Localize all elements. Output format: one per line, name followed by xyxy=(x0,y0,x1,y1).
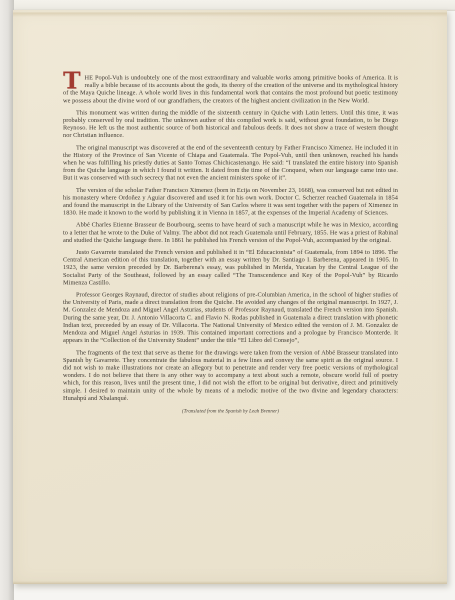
paper-bottom-edge xyxy=(13,581,447,584)
paragraph-gavarrete: Justo Gavarrete translated the French ve… xyxy=(63,249,398,287)
photographed-book-page: THE Popol-Vuh is undoubtely one of the m… xyxy=(0,0,455,600)
paragraph-manuscript-discovery: The original manuscript was discovered a… xyxy=(63,144,398,182)
paragraph-fragments: The fragments of the text that serve as … xyxy=(63,349,398,402)
paragraph-intro-text: HE Popol-Vuh is undoubtely one of the mo… xyxy=(63,74,398,104)
paragraph-monument: This monument was written during the mid… xyxy=(63,109,398,139)
paragraph-brasseur: Abbé Charles Etienne Brasseur de Bourbou… xyxy=(63,221,398,244)
paper-top-crease xyxy=(13,13,447,18)
drop-cap-letter: T xyxy=(63,72,81,89)
backdrop-left-gutter xyxy=(0,0,14,600)
paragraph-intro: THE Popol-Vuh is undoubtely one of the m… xyxy=(63,74,398,104)
paragraph-ximenez-version: The version of the scholar Father Franci… xyxy=(63,186,398,216)
text-block: THE Popol-Vuh is undoubtely one of the m… xyxy=(63,74,398,414)
paragraph-raynaud: Professor Georges Raynaud, director of s… xyxy=(63,291,398,344)
paper-sheet: THE Popol-Vuh is undoubtely one of the m… xyxy=(13,10,447,584)
translation-credit-line: (Translated from the Spanish by Leah Bre… xyxy=(63,408,398,414)
